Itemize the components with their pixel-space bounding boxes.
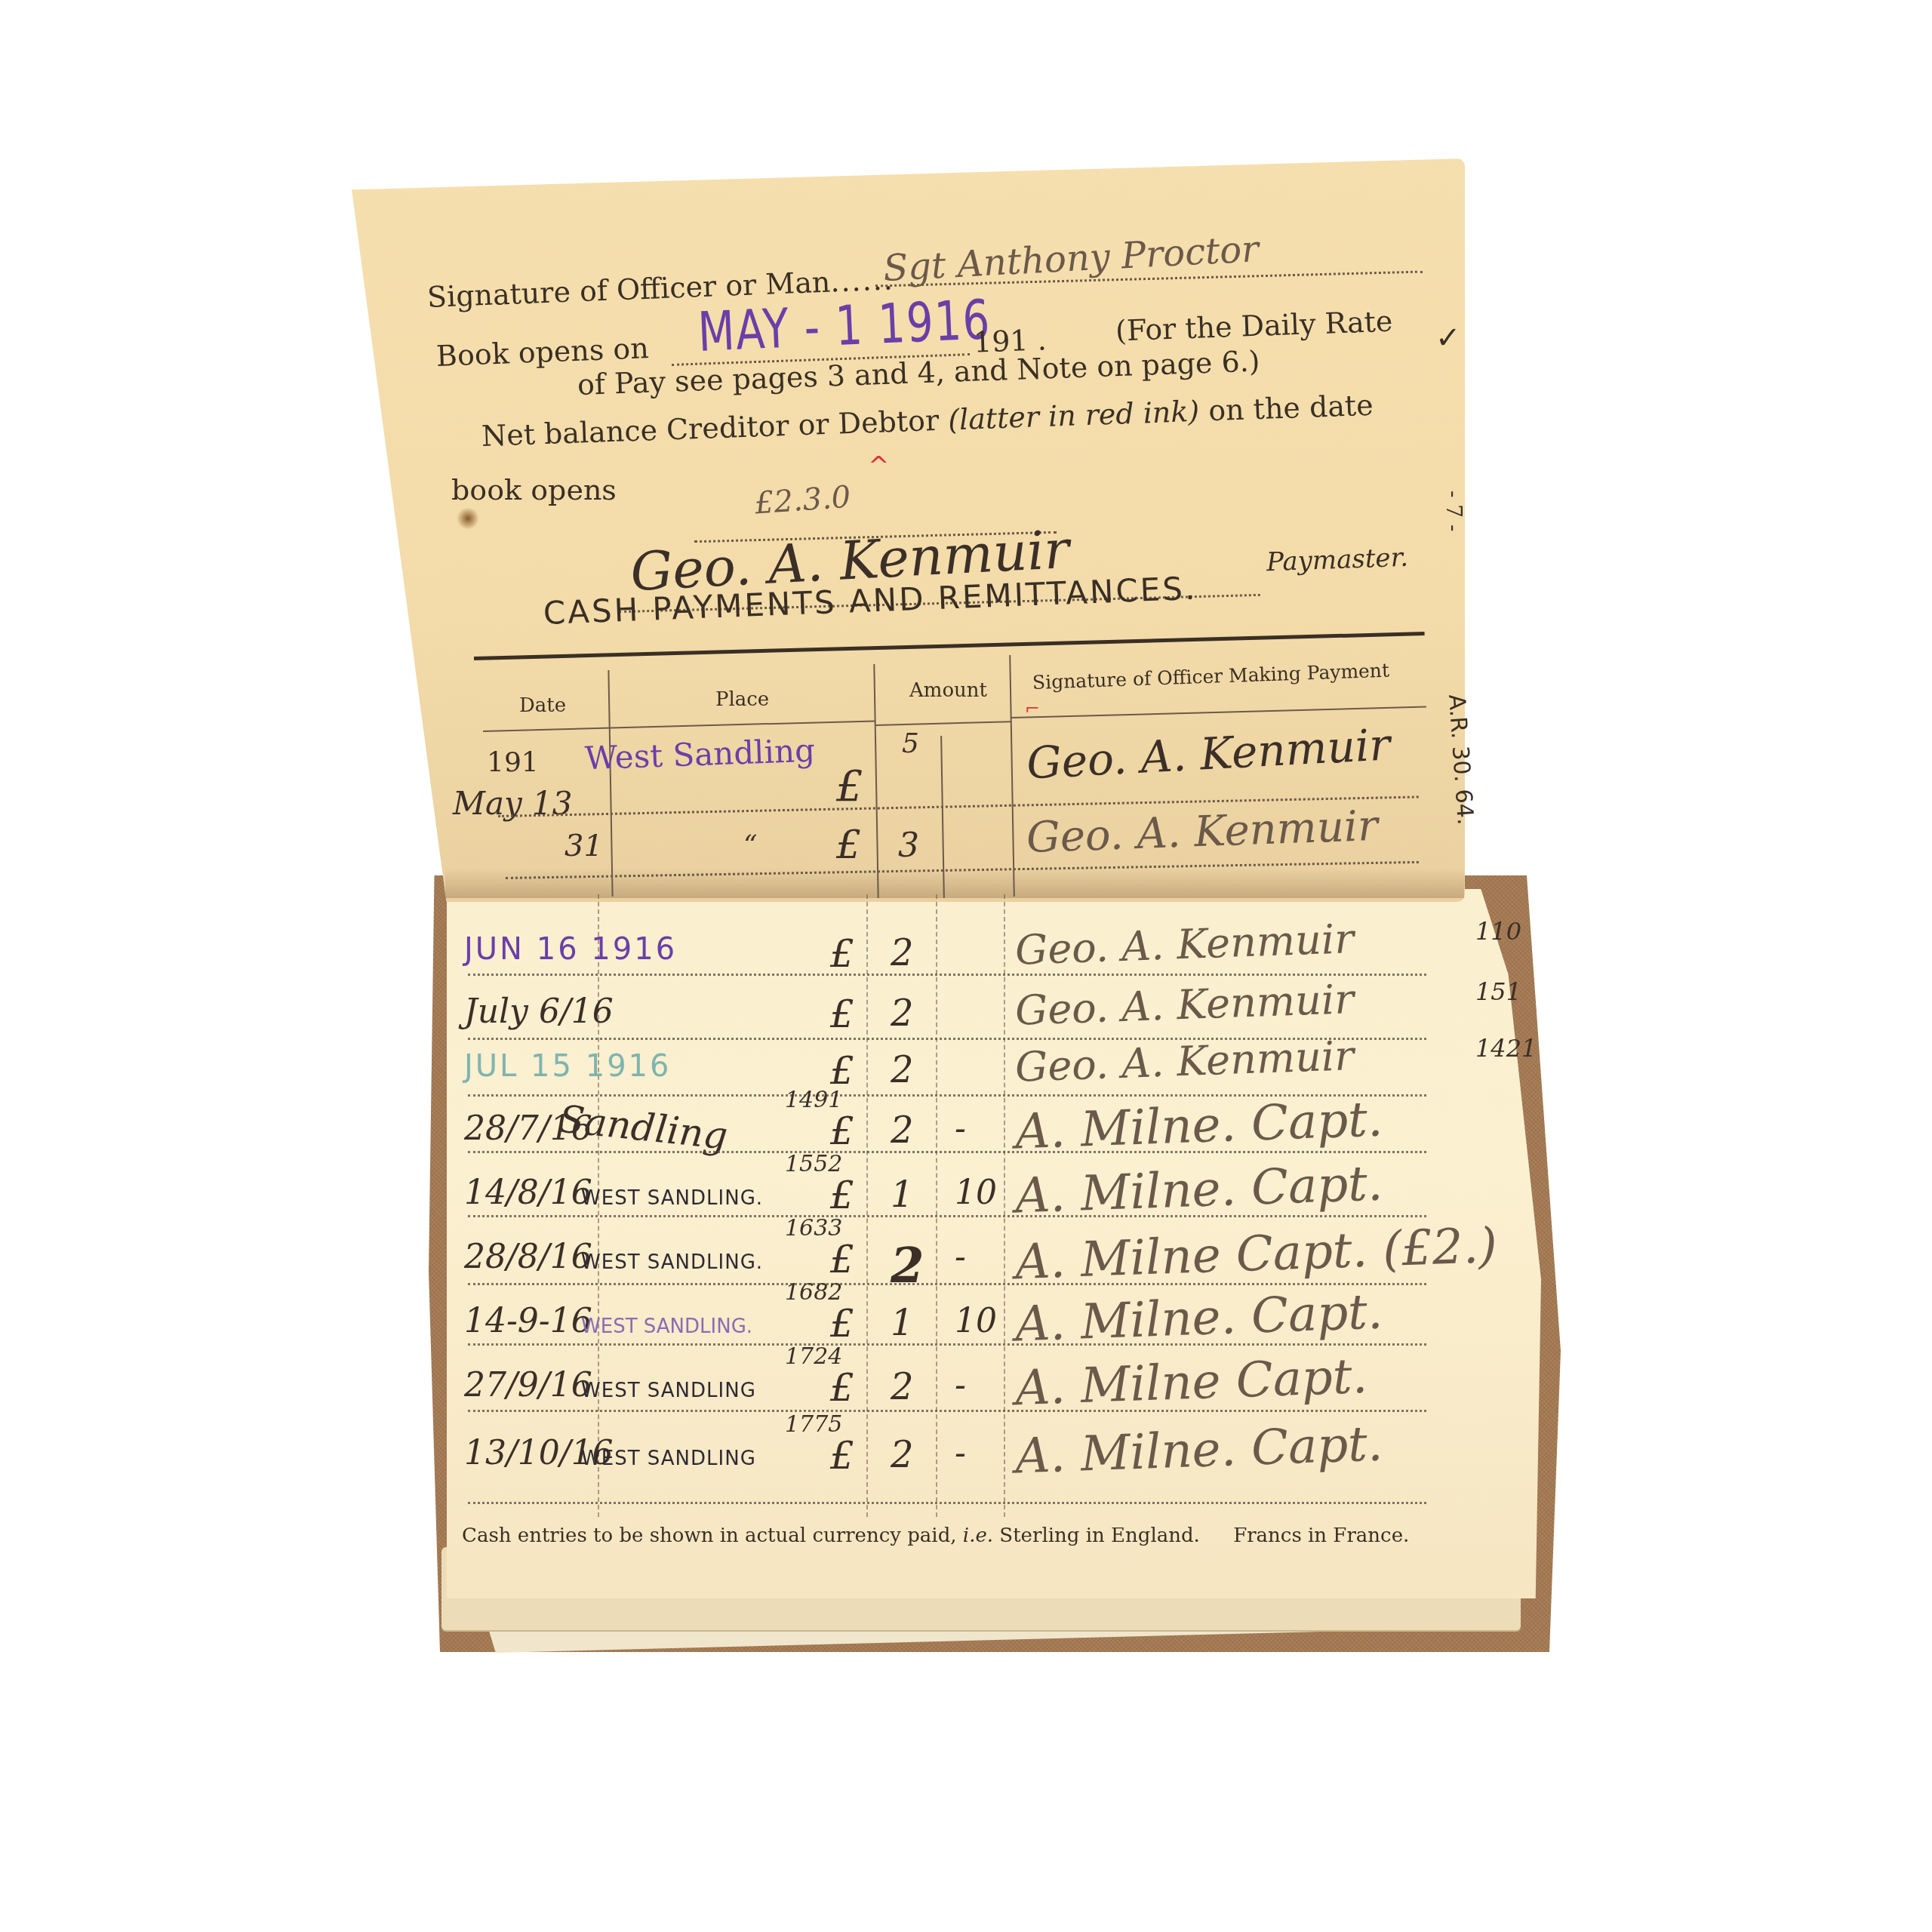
ink-stain <box>457 507 479 530</box>
footer-note-ie: i.e. <box>963 1524 993 1547</box>
column-header-place: Place <box>715 688 769 711</box>
row-pounds: 2 <box>891 992 914 1035</box>
row-pounds: 1 <box>891 1302 914 1344</box>
row-shillings: - <box>955 1238 966 1276</box>
row-place: WEST SANDLING. <box>581 1251 763 1274</box>
row-currency: £ <box>830 1109 854 1153</box>
footer-note: Cash entries to be shown in actual curre… <box>462 1524 1409 1547</box>
row-shillings: - <box>955 1109 966 1148</box>
footer-note-2: Sterling in England. <box>999 1524 1200 1547</box>
row-place: “ <box>743 830 757 861</box>
check-mark-icon: ✓ <box>1435 321 1461 355</box>
row-date: July 6/16 <box>464 992 614 1031</box>
row-dotted-line <box>468 1151 1426 1153</box>
row-currency: £ <box>830 1238 854 1281</box>
row-date: 28/8/16 <box>464 1238 592 1276</box>
row-currency: £ <box>830 1366 854 1410</box>
row-pounds: 2 <box>891 1049 914 1091</box>
column-divider <box>1004 894 1006 1517</box>
row-pounds: 2 <box>891 1238 924 1294</box>
column-divider <box>866 894 869 1517</box>
row-currency: £ <box>830 992 854 1036</box>
row-place: WEST SANDLING <box>581 1447 756 1470</box>
row-shillings: 10 <box>955 1302 997 1340</box>
row-place: WEST SANDLING. <box>581 1187 763 1210</box>
row-currency: £ <box>830 1434 854 1478</box>
row-pounds: 5 <box>902 728 919 759</box>
row-date: 27/9/16 <box>464 1366 592 1404</box>
row-pounds: 2 <box>891 1366 914 1408</box>
row-reference-number: 151 <box>1475 977 1521 1006</box>
margin-small-mark: - 7 - <box>1441 491 1466 532</box>
column-header-amount: Amount <box>909 679 987 702</box>
year-prefix: 191 <box>487 747 539 778</box>
row-shillings: 10 <box>955 1174 997 1212</box>
footer-note-1: Cash entries to be shown in actual curre… <box>462 1524 957 1547</box>
row-currency: £ <box>836 762 863 811</box>
row-currency: £ <box>830 1174 854 1217</box>
row-dotted-line <box>468 974 1426 976</box>
net-balance-end: on the date <box>1208 389 1374 428</box>
footer-note-3: Francs in France. <box>1233 1524 1409 1547</box>
row-pounds: 2 <box>891 1109 914 1152</box>
row-dotted-line <box>468 1410 1426 1412</box>
net-balance-amount: £2.3.0 <box>754 480 852 521</box>
row-currency: £ <box>830 1302 854 1346</box>
paymaster-label: Paymaster. <box>1266 543 1408 578</box>
row-date: 31 <box>565 829 603 863</box>
row-place: WEST SANDLING <box>581 1380 756 1402</box>
row-reference-number: 1421 <box>1475 1034 1537 1063</box>
row-pounds: 2 <box>891 932 914 974</box>
row-pounds: 3 <box>898 826 919 865</box>
red-tick-mark: ⌐ <box>1025 698 1040 719</box>
row-date: 14/8/16 <box>464 1174 592 1212</box>
row-currency: £ <box>836 823 861 868</box>
page-fold-shadow <box>445 868 1464 898</box>
row-dotted-line <box>468 1343 1426 1346</box>
row-date: JUN 16 1916 <box>464 932 677 967</box>
row-pounds: 1 <box>891 1174 914 1216</box>
row-shillings: - <box>955 1366 966 1404</box>
row-date: JUL 15 1916 <box>464 1049 671 1084</box>
red-caret-mark: ^ <box>868 451 890 481</box>
row-pounds: 2 <box>891 1434 914 1476</box>
column-header-date: Date <box>519 694 566 717</box>
row-shillings: - <box>955 1434 966 1472</box>
row-date: 14-9-16 <box>464 1302 592 1340</box>
net-balance-line-2: book opens <box>451 473 617 506</box>
row-dotted-line <box>468 1215 1426 1217</box>
column-divider <box>936 894 938 1517</box>
row-currency: £ <box>830 932 854 976</box>
row-place: WEST SANDLING. <box>581 1315 752 1338</box>
book-opens-date-stamp: MAY - 1 1916 <box>697 288 992 364</box>
row-dotted-line <box>468 1283 1426 1285</box>
row-dotted-line <box>468 1502 1426 1504</box>
row-reference-number: 110 <box>1475 917 1521 946</box>
